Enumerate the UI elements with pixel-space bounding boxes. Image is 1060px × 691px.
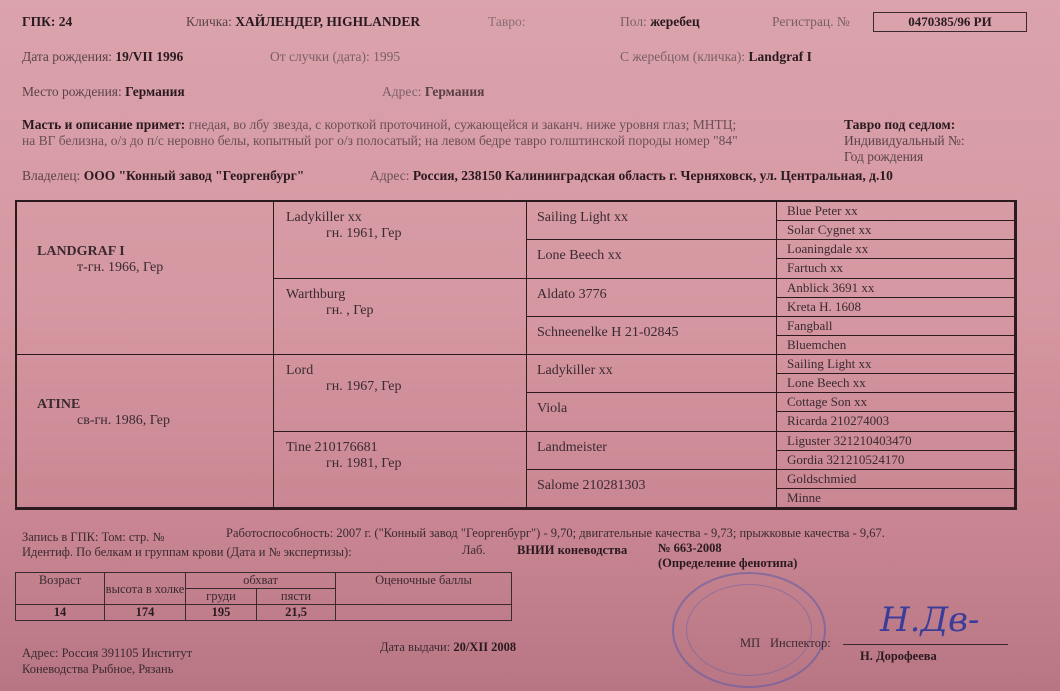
dam-name: ATINE — [37, 397, 273, 413]
mating-label: От случки (дата): — [270, 49, 370, 64]
pedigree-gen4: Liguster 321210403470 — [777, 432, 1015, 451]
pedigree-gen4: Minne — [777, 489, 1015, 508]
pedigree-great-grandparent: Ladykiller xx — [527, 355, 777, 393]
gen4-name: Ricarda 210274003 — [787, 412, 1014, 429]
pedigree-great-grandparent: Sailing Light xx — [527, 202, 777, 240]
issue-date-field: Дата выдачи: 20/XII 2008 — [380, 640, 516, 655]
institute-address-1: Адрес: Россия 391105 Институт — [22, 646, 192, 661]
pedigree-great-grandparent: Aldato 3776 — [527, 279, 777, 317]
dam-info: св-гн. 1986, Гер — [37, 413, 273, 429]
horse-name-value: ХАЙЛЕНДЕР, HIGHLANDER — [235, 14, 420, 29]
gpk-label: ГПК: — [22, 14, 55, 29]
individual-no-label: Индивидуальный №: — [844, 133, 965, 149]
pedigree-sire: LANDGRAF Iт-гн. 1966, Гер — [17, 202, 274, 355]
brand-label: Тавро: — [488, 14, 526, 30]
sex-field: Пол: жеребец — [620, 14, 700, 30]
with-stallion-label: С жеребцом (кличка): — [620, 49, 745, 64]
issue-date-label: Дата выдачи: — [380, 640, 450, 654]
pedigree-great-grandparent: Viola — [527, 393, 777, 431]
grandparent-name: Warthburg — [286, 287, 526, 303]
pedigree-grandparent: Warthburgгн. , Гер — [274, 279, 527, 356]
dob-value: 19/VII 1996 — [115, 49, 183, 64]
owner-label: Владелец: — [22, 168, 80, 183]
horse-name-field: Кличка: ХАЙЛЕНДЕР, HIGHLANDER — [186, 14, 420, 30]
value-scores — [336, 605, 512, 621]
gen4-name: Sailing Light xx — [787, 355, 1014, 372]
pedigree-gen4: Blue Peter xx — [777, 202, 1015, 221]
grandparent-info: гн. , Гер — [286, 303, 526, 319]
pedigree-gen4: Lone Beech xx — [777, 374, 1015, 393]
great-grandparent-name: Ladykiller xx — [537, 363, 776, 379]
birth-address-label: Адрес: — [382, 84, 421, 99]
pedigree-gen4: Kreta H. 1608 — [777, 298, 1015, 317]
mating-field: От случки (дата): 1995 — [270, 49, 400, 65]
grandparent-info: гн. 1961, Гер — [286, 226, 526, 242]
owner-address-value: Россия, 238150 Калининградская область г… — [413, 168, 893, 183]
stamp-label: МП — [740, 636, 760, 651]
sex-value: жеребец — [650, 14, 699, 29]
owner-address-field: Адрес: Россия, 238150 Калининградская об… — [370, 168, 893, 184]
owner-address-label: Адрес: — [370, 168, 409, 183]
sire-name: LANDGRAF I — [37, 244, 273, 260]
great-grandparent-name: Viola — [537, 401, 776, 417]
saddle-brand-label: Тавро под седлом: — [844, 117, 955, 133]
with-stallion-field: С жеребцом (кличка): Landgraf I — [620, 49, 812, 65]
exam-note: (Определение фенотипа) — [658, 556, 797, 571]
description-text-1: гнедая, во лбу звезда, с короткой проточ… — [189, 117, 737, 132]
gpk-field: ГПК: 24 — [22, 14, 72, 30]
gen4-name: Minne — [787, 489, 1014, 506]
pedigree-grandparent: Lordгн. 1967, Гер — [274, 355, 527, 432]
pedigree-gen4: Goldschmied — [777, 470, 1015, 489]
signature: Н.Дв- — [880, 600, 979, 640]
inspector-name: Н. Дорофеева — [860, 649, 937, 664]
description-line-1: Масть и описание примет: гнедая, во лбу … — [22, 117, 736, 133]
gen4-name: Goldschmied — [787, 470, 1014, 487]
birth-address-field: Адрес: Германия — [382, 84, 484, 100]
sex-label: Пол: — [620, 14, 647, 29]
grandparent-info: гн. 1967, Гер — [286, 379, 526, 395]
lab-label: Лаб. — [462, 543, 486, 558]
header-height: высота в холке — [105, 573, 186, 605]
horse-name-label: Кличка: — [186, 14, 232, 29]
exam-number: № 663-2008 — [658, 541, 722, 556]
signature-line — [843, 644, 1008, 645]
pedigree-gen4: Loaningdale xx — [777, 240, 1015, 259]
pedigree-great-grandparent: Schneenelke H 21-02845 — [527, 317, 777, 355]
pedigree-great-grandparent: Salome 210281303 — [527, 470, 777, 508]
birthplace-value: Германия — [125, 84, 185, 99]
grandparent-name: Ladykiller xx — [286, 210, 526, 226]
owner-value: ООО "Конный завод "Георгенбург" — [84, 168, 305, 183]
great-grandparent-name: Lone Beech xx — [537, 248, 776, 264]
gen4-name: Solar Cygnet xx — [787, 221, 1014, 238]
gen4-name: Bluemchen — [787, 336, 1014, 353]
header-cannon: пясти — [257, 589, 336, 605]
gen4-name: Lone Beech xx — [787, 374, 1014, 391]
pedigree-gen4: Fartuch xx — [777, 259, 1015, 278]
gen4-name: Anblick 3691 xx — [787, 279, 1014, 296]
header-chest: груди — [186, 589, 257, 605]
performance-text: Работоспособность: 2007 г. ("Конный заво… — [226, 526, 885, 541]
gpk-entry: Запись в ГПК: Том: стр. № — [22, 530, 164, 545]
pedigree-grandparent: Tine 210176681гн. 1981, Гер — [274, 432, 527, 509]
value-age: 14 — [16, 605, 105, 621]
pedigree-table: LANDGRAF Iт-гн. 1966, ГерATINEсв-гн. 198… — [15, 200, 1017, 510]
institute-address-2: Коневодства Рыбное, Рязань — [22, 662, 173, 677]
dob-label: Дата рождения: — [22, 49, 112, 64]
grandparent-name: Lord — [286, 363, 526, 379]
gen4-name: Blue Peter xx — [787, 202, 1014, 219]
pedigree-great-grandparent: Landmeister — [527, 432, 777, 470]
description-label: Масть и описание примет: — [22, 117, 185, 132]
inspector-label: Инспектор: — [770, 636, 831, 651]
value-chest: 195 — [186, 605, 257, 621]
grandparent-name: Tine 210176681 — [286, 440, 526, 456]
sire-info: т-гн. 1966, Гер — [37, 260, 273, 276]
pedigree-gen4: Gordia 321210524170 — [777, 451, 1015, 470]
owner-field: Владелец: ООО "Конный завод "Георгенбург… — [22, 168, 304, 184]
pedigree-dam: ATINEсв-гн. 1986, Гер — [17, 355, 274, 508]
pedigree-gen4: Cottage Son xx — [777, 393, 1015, 412]
mating-value: 1995 — [373, 49, 400, 64]
gpk-value: 24 — [59, 14, 73, 29]
grandparent-info: гн. 1981, Гер — [286, 456, 526, 472]
lab-value: ВНИИ коневодства — [517, 543, 627, 558]
header-scores: Оценочные баллы — [336, 573, 512, 605]
value-height: 174 — [105, 605, 186, 621]
pedigree-gen4: Sailing Light xx — [777, 355, 1015, 374]
pedigree-gen4: Anblick 3691 xx — [777, 279, 1015, 298]
value-cannon: 21,5 — [257, 605, 336, 621]
gen4-name: Liguster 321210403470 — [787, 432, 1014, 449]
with-stallion-value: Landgraf I — [749, 49, 812, 64]
pedigree-gen4: Solar Cygnet xx — [777, 221, 1015, 240]
description-text-2: на ВГ белизна, о/з до п/с неровно белы, … — [22, 133, 738, 149]
great-grandparent-name: Sailing Light xx — [537, 210, 776, 226]
pedigree-gen4: Bluemchen — [777, 336, 1015, 355]
registration-number: 0470385/96 РИ — [873, 12, 1027, 32]
gen4-name: Fartuch xx — [787, 259, 1014, 276]
header-age: Возраст — [16, 573, 105, 605]
registration-label: Регистрац. № — [772, 14, 850, 30]
gen4-name: Cottage Son xx — [787, 393, 1014, 410]
pedigree-great-grandparent: Lone Beech xx — [527, 240, 777, 278]
great-grandparent-name: Aldato 3776 — [537, 287, 776, 303]
issue-date-value: 20/XII 2008 — [453, 640, 516, 654]
gen4-name: Gordia 321210524170 — [787, 451, 1014, 468]
measurement-table: Возраст высота в холке обхват Оценочные … — [15, 572, 512, 621]
great-grandparent-name: Landmeister — [537, 440, 776, 456]
official-stamp-icon — [672, 572, 826, 688]
birthplace-field: Место рождения: Германия — [22, 84, 185, 100]
pedigree-grandparent: Ladykiller xxгн. 1961, Гер — [274, 202, 527, 279]
gen4-name: Loaningdale xx — [787, 240, 1014, 257]
dob-field: Дата рождения: 19/VII 1996 — [22, 49, 183, 65]
birth-year-label: Год рождения — [844, 149, 923, 165]
great-grandparent-name: Salome 210281303 — [537, 478, 776, 494]
pedigree-gen4: Fangball — [777, 317, 1015, 336]
birth-address-value: Германия — [425, 84, 485, 99]
birthplace-label: Место рождения: — [22, 84, 122, 99]
gen4-name: Kreta H. 1608 — [787, 298, 1014, 315]
header-girth: обхват — [186, 573, 336, 589]
great-grandparent-name: Schneenelke H 21-02845 — [537, 325, 776, 341]
gen4-name: Fangball — [787, 317, 1014, 334]
pedigree-gen4: Ricarda 210274003 — [777, 412, 1015, 431]
ident-label: Идентиф. По белкам и группам крови (Дата… — [22, 545, 352, 560]
